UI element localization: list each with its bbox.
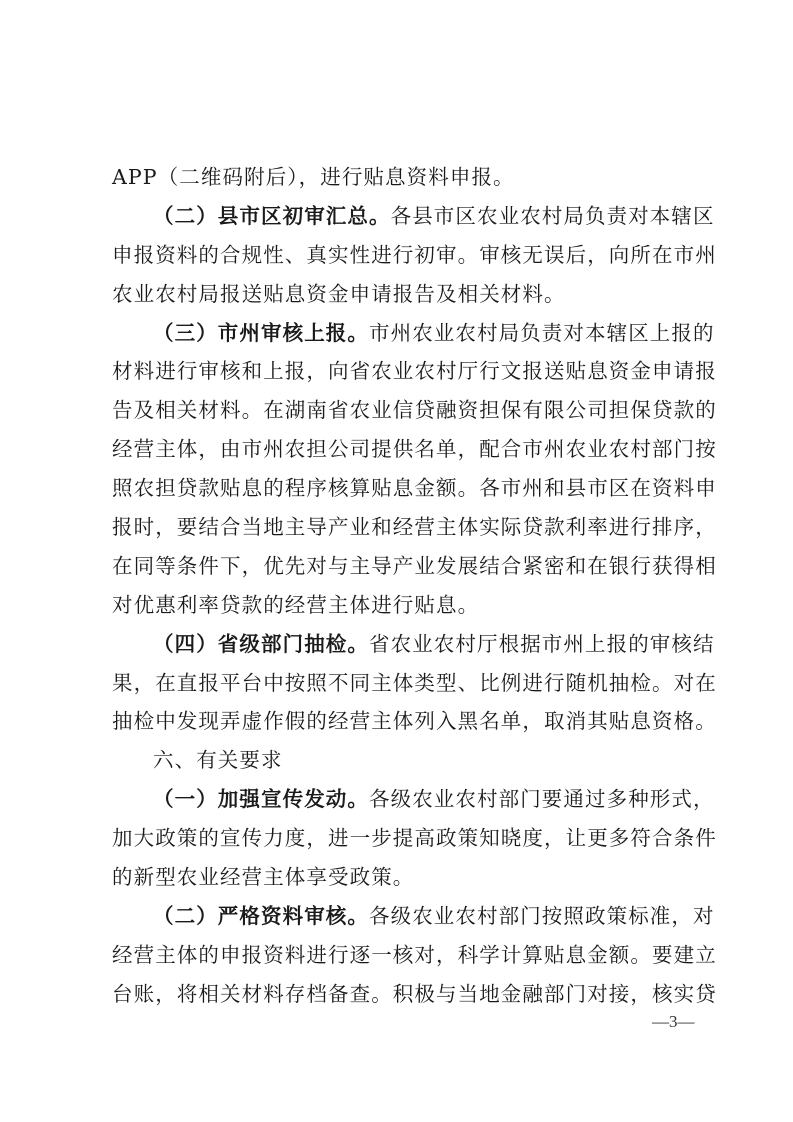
paragraph-line: 加大政策的宣传力度，进一步提高政策知晓度，让更多符合条件 xyxy=(112,819,688,858)
paragraph-first-line: （一）加强宣传发动。各级农业农村部门要通过多种形式， xyxy=(112,780,688,819)
paragraph-text: 各级农业农村部门按照政策标准，对 xyxy=(369,904,715,928)
paragraph-text: 各县市区农业农村局负责对本辖区 xyxy=(391,204,715,228)
item-title: （二）严格资料审核。 xyxy=(153,904,369,928)
paragraph-first-line: （二）县市区初审汇总。各县市区农业农村局负责对本辖区 xyxy=(112,197,688,236)
paragraph-text: 省农业农村厅根据市州上报的审核结 xyxy=(369,632,715,656)
paragraph-first-line: （三）市州审核上报。市州农业农村局负责对本辖区上报的 xyxy=(112,314,688,353)
document-body: APP（二维码附后），进行贴息资料申报。 （二）县市区初审汇总。各县市区农业农村… xyxy=(112,158,688,1014)
page-number: —3— xyxy=(652,1010,695,1034)
paragraph-line: 经营主体，由市州农担公司提供名单，配合市州农业农村部门按 xyxy=(112,430,688,469)
paragraph-line: 的新型农业经营主体享受政策。 xyxy=(112,858,688,897)
paragraph-line: 申报资料的合规性、真实性进行初审。审核无误后，向所在市州 xyxy=(112,236,688,275)
paragraph-line: 台账，将相关材料存档备查。积极与当地金融部门对接，核实贷 xyxy=(112,975,688,1014)
item-title: （一）加强宣传发动。 xyxy=(153,787,369,811)
document-page: APP（二维码附后），进行贴息资料申报。 （二）县市区初审汇总。各县市区农业农村… xyxy=(0,0,793,1122)
paragraph-line: 报时，要结合当地主导产业和经营主体实际贷款利率进行排序， xyxy=(112,508,688,547)
item-title: （三）市州审核上报。 xyxy=(153,321,369,345)
paragraph-text: 各级农业农村部门要通过多种形式， xyxy=(369,787,715,811)
paragraph-line: 对优惠利率贷款的经营主体进行贴息。 xyxy=(112,586,688,625)
paragraph-first-line: （二）严格资料审核。各级农业农村部门按照政策标准，对 xyxy=(112,897,688,936)
section-heading: 六、有关要求 xyxy=(112,741,688,780)
paragraph-line: 农业农村局报送贴息资金申请报告及相关材料。 xyxy=(112,275,688,314)
paragraph-line: 抽检中发现弄虚作假的经营主体列入黑名单，取消其贴息资格。 xyxy=(112,702,688,741)
paragraph-line: 告及相关材料。在湖南省农业信贷融资担保有限公司担保贷款的 xyxy=(112,391,688,430)
paragraph-first-line: （四）省级部门抽检。省农业农村厅根据市州上报的审核结 xyxy=(112,625,688,664)
paragraph-line: 材料进行审核和上报，向省农业农村厅行文报送贴息资金申请报 xyxy=(112,352,688,391)
paragraph-line: 照农担贷款贴息的程序核算贴息金额。各市州和县市区在资料申 xyxy=(112,469,688,508)
paragraph-line: APP（二维码附后），进行贴息资料申报。 xyxy=(112,158,688,197)
item-title: （二）县市区初审汇总。 xyxy=(153,204,391,228)
paragraph-line: 果，在直报平台中按照不同主体类型、比例进行随机抽检。对在 xyxy=(112,664,688,703)
paragraph-line: 在同等条件下，优先对与主导产业发展结合紧密和在银行获得相 xyxy=(112,547,688,586)
item-title: （四）省级部门抽检。 xyxy=(153,632,369,656)
paragraph-line: 经营主体的申报资料进行逐一核对，科学计算贴息金额。要建立 xyxy=(112,936,688,975)
paragraph-text: 市州农业农村局负责对本辖区上报的 xyxy=(369,321,715,345)
